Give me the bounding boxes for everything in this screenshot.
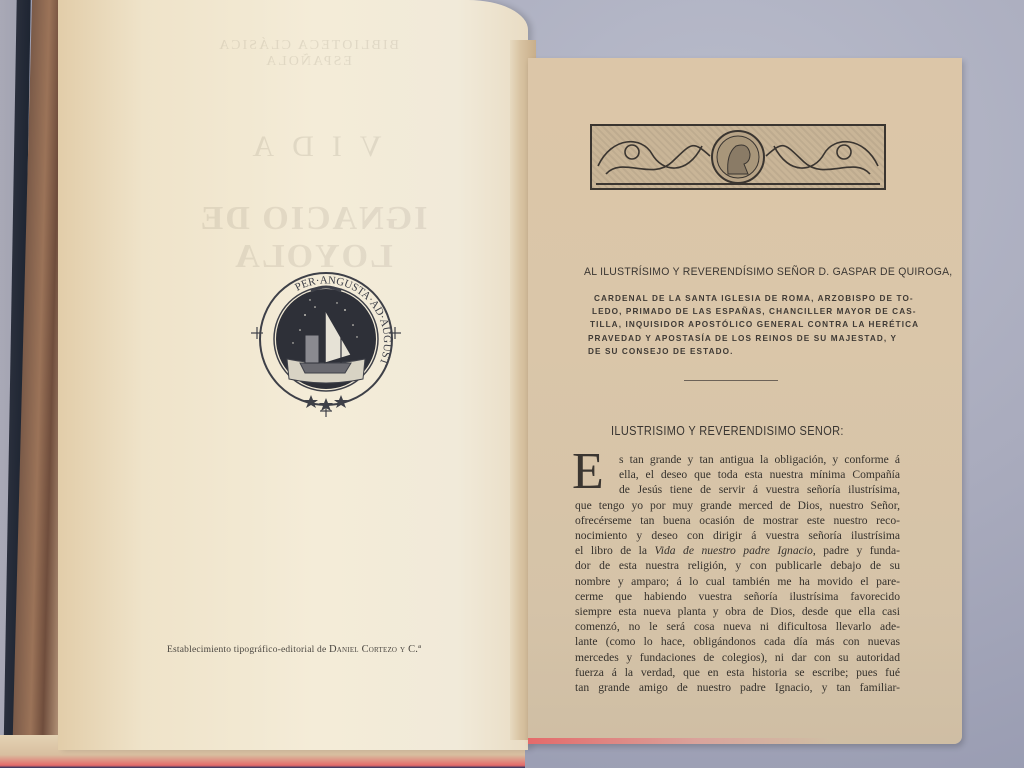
body-line: tan grande amigo de nuestro padre Ignaci… — [575, 680, 900, 695]
body-line: fuerza á la verdad, que en esta historia… — [575, 665, 900, 680]
imprint-prefix: Establecimiento tipográfico-editorial de — [167, 645, 329, 655]
body-line-with-title: el libro de la Vida de nuestro padre Ign… — [575, 543, 900, 558]
printer-imprint: Establecimiento tipográfico-editorial de… — [167, 644, 467, 655]
body-line: cerme que habiendo vuestra señoría ilust… — [575, 589, 900, 604]
body-line: ella, el deseo que toda esta nuestra mín… — [575, 467, 900, 482]
body-line: lante (como lo hace, obligándonos cada d… — [575, 634, 900, 649]
body-line: nombre y amparo; á lo cual también me ha… — [575, 574, 900, 589]
ship-seal-icon: PER·ANGUSTA·AD·AUGUSTA — [245, 255, 407, 417]
salutation-heading: ILUSTRISIMO Y REVERENDISIMO SENOR: — [611, 424, 866, 438]
book-title-italic: Vida de nuestro padre Ignacio — [655, 544, 813, 557]
divider-rule — [684, 380, 778, 381]
red-page-edge — [528, 738, 962, 744]
dedication-body: CARDENAL DE LA SANTA IGLESIA DE ROMA, AR… — [594, 292, 914, 358]
body-line: comenzó, no le será cosa nueva ni dificu… — [575, 619, 900, 634]
dedication-line: TILLA, INQUISIDOR APOSTÓLICO GENERAL CON… — [590, 318, 914, 331]
imprint-printer-name: Daniel Cortezo y C.ª — [329, 644, 421, 655]
dedication-line: LEDO, PRIMADO DE LAS ESPAÑAS, CHANCILLER… — [592, 305, 914, 318]
dedication-line: PRAVEDAD Y APOSTASÍA DE LOS REINOS DE SU… — [588, 332, 914, 345]
body-line: nocimiento y deseo con dirigir á vuestra… — [575, 528, 900, 543]
body-line: dor de esta nuestra religión, y con publ… — [575, 558, 900, 573]
body-line: de Jesús tiene de servir á vuestra señor… — [575, 482, 900, 497]
body-line: mercedes y fundaciones de colegios), ni … — [575, 650, 900, 665]
body-line: s tan grande y tan antigua la obligación… — [575, 452, 900, 467]
ornamental-headpiece-icon — [590, 124, 886, 190]
dedication-line: DE SU CONSEJO DE ESTADO. — [588, 345, 914, 358]
body-line: siempre esta nueva planta y obra de Dios… — [575, 604, 900, 619]
body-line-end: , padre y funda- — [813, 544, 900, 557]
body-line-start: el libro de la — [575, 544, 655, 557]
body-line: ofrecérseme tan buena ocasión de mostrar… — [575, 513, 900, 528]
body-text: s tan grande y tan antigua la obligación… — [575, 452, 900, 695]
show-through-text: BIBLIOTECA CLÁSICA ESPAÑOLA — [208, 38, 408, 70]
dedication-title: AL ILUSTRÍSIMO Y REVERENDÍSIMO SEÑOR D. … — [584, 266, 891, 278]
body-line: que tengo yo por muy grande merced de Di… — [575, 498, 900, 513]
dedication-line: CARDENAL DE LA SANTA IGLESIA DE ROMA, AR… — [594, 292, 914, 305]
show-through-title: VIDA — [228, 130, 388, 164]
